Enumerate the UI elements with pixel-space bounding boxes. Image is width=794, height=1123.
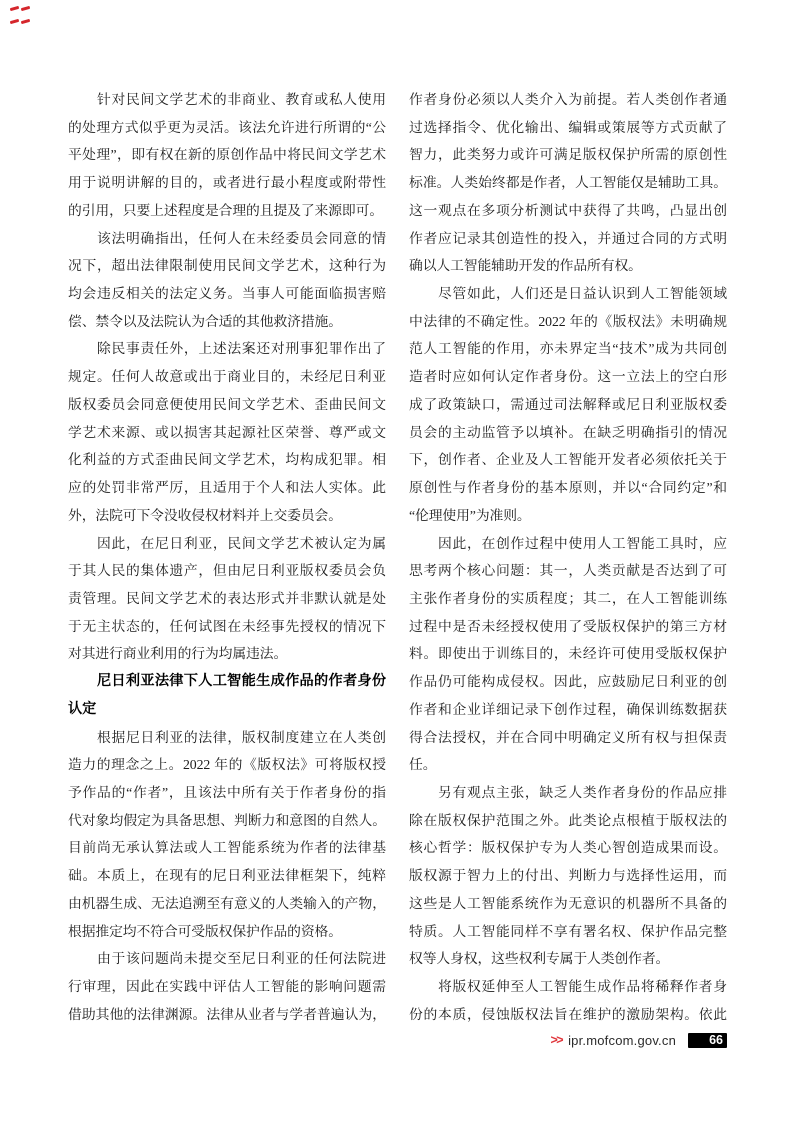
text-line: 针对民间文学艺术的非商业、教育或私人使用 [68, 86, 386, 114]
text-line: 作者身份必须以人类介入为前提。若人类创作者通 [409, 86, 727, 114]
page-number: 66 [709, 1034, 723, 1047]
text-line: 除在版权保护范围之外。此类论点根植于版权法的 [409, 807, 727, 835]
text-line: 由于该问题尚未提交至尼日利亚的任何法院进 [68, 945, 386, 973]
text-line: 偿、禁令以及法院认为合适的其他救济措施。 [68, 308, 386, 336]
text-line: 过程中是否未经授权使用了受版权保护的第三方材 [409, 613, 727, 641]
text-line: 础。本质上，在现有的尼日利亚法律框架下，纯粹 [68, 862, 386, 890]
text-line: 尽管如此，人们还是日益认识到人工智能领域 [409, 280, 727, 308]
text-line: 范人工智能的作用，亦未界定当“技术”成为共同创 [409, 335, 727, 363]
text-line: 的引用，只要上述程度是合理的且提及了来源即可。 [68, 197, 386, 225]
text-line: 确以人工智能辅助开发的作品所有权。 [409, 252, 727, 280]
text-line: 版权源于智力上的付出、判断力与选择性运用，而 [409, 862, 727, 890]
text-line: 作品仍可能构成侵权。因此，应鼓励尼日利亚的创 [409, 668, 727, 696]
text-line: 学艺术来源、或以损害其起源社区荣誉、尊严或文 [68, 419, 386, 447]
text-line: 根据推定均不符合可受版权保护作品的资格。 [68, 918, 386, 946]
text-line: 另有观点主张，缺乏人类作者身份的作品应排 [409, 779, 727, 807]
text-line: 份的本质，侵蚀版权法旨在维护的激励架构。依此 [409, 1001, 727, 1029]
text-line: 料。即使出于训练目的，未经许可使用受版权保护 [409, 640, 727, 668]
text-line: 这一观点在多项分析测试中获得了共鸣，凸显出创 [409, 197, 727, 225]
text-line: 员会的主动监管予以填补。在缺乏明确指引的情况 [409, 419, 727, 447]
text-line: 权等人身权，这些权利专属于人类创作者。 [409, 945, 727, 973]
text-line: 主张作者身份的实质程度；其二，在人工智能训练 [409, 585, 727, 613]
text-line: 行审理，因此在实践中评估人工智能的影响问题需 [68, 973, 386, 1001]
text-line: 于其人民的集体遗产，但由尼日利亚版权委员会负 [68, 557, 386, 585]
text-line: 规定。任何人故意或出于商业目的，未经尼日利亚 [68, 363, 386, 391]
text-line: 这些是人工智能系统作为无意识的机器所不具备的 [409, 890, 727, 918]
text-line: 过选择指令、优化输出、编辑或策展等方式贡献了 [409, 114, 727, 142]
text-line: 原创性与作者身份的基本原则，并以“合同约定”和 [409, 474, 727, 502]
text-line: 除民事责任外，上述法案还对刑事犯罪作出了 [68, 335, 386, 363]
page-number-badge: 66 [688, 1033, 727, 1048]
text-line: 对其进行商业利用的行为均属违法。 [68, 640, 386, 668]
footer-site-url: ipr.mofcom.gov.cn [568, 1033, 676, 1048]
footer: >> ipr.mofcom.gov.cn 66 [550, 1032, 727, 1049]
text-line: 核心哲学：版权保护专为人类心智创造成果而设。 [409, 834, 727, 862]
text-line: 特质。人工智能同样不享有署名权、保护作品完整 [409, 918, 727, 946]
footer-chevrons-icon: >> [550, 1034, 562, 1047]
text-line: 平处理”，即有权在新的原创作品中将民间文学艺术 [68, 141, 386, 169]
text-line: 智力，此类努力或许可满足版权保护所需的原创性 [409, 141, 727, 169]
text-line: 因此，在创作过程中使用人工智能工具时，应 [409, 530, 727, 558]
text-line: 的处理方式似乎更为灵活。该法允许进行所谓的“公 [68, 114, 386, 142]
text-line: 于无主状态的，任何试图在未经事先授权的情况下 [68, 613, 386, 641]
text-line: 代对象均假定为具备思想、判断力和意图的自然人。 [68, 807, 386, 835]
section-heading-line: 认定 [68, 696, 386, 724]
text-line: 版权委员会同意便使用民间文学艺术、歪曲民间文 [68, 391, 386, 419]
text-line: 标准。人类始终都是作者，人工智能仅是辅助工具。 [409, 169, 727, 197]
section-heading-line: 尼日利亚法律下人工智能生成作品的作者身份 [68, 668, 386, 696]
text-line: 造力的理念之上。2022 年的《版权法》可将版权授 [68, 751, 386, 779]
text-line: 目前尚无承认算法或人工智能系统为作者的法律基 [68, 834, 386, 862]
text-line: 作者应记录其创造性的投入，并通过合同的方式明 [409, 225, 727, 253]
text-line: 化利益的方式歪曲民间文学艺术，均构成犯罪。相 [68, 446, 386, 474]
text-line: 任。 [409, 751, 727, 779]
article-column-left: 针对民间文学艺术的非商业、教育或私人使用的处理方式似乎更为灵活。该法允许进行所谓… [68, 86, 386, 1028]
text-line: 思考两个核心问题：其一，人类贡献是否达到了可 [409, 557, 727, 585]
text-line: 下，创作者、企业及人工智能开发者必须依托关于 [409, 446, 727, 474]
document-page: 针对民间文学艺术的非商业、教育或私人使用的处理方式似乎更为灵活。该法允许进行所谓… [0, 0, 794, 1123]
text-line: 况下，超出法律限制使用民间文学艺术，这种行为 [68, 252, 386, 280]
text-line: 因此，在尼日利亚，民间文学艺术被认定为属 [68, 530, 386, 558]
text-line: “伦理使用”为准则。 [409, 502, 727, 530]
article-column-right: 作者身份必须以人类介入为前提。若人类创作者通过选择指令、优化输出、编辑或策展等方… [409, 86, 727, 1028]
text-line: 均会违反相关的法定义务。当事人可能面临损害赔 [68, 280, 386, 308]
text-line: 成了政策缺口，需通过司法解释或尼日利亚版权委 [409, 391, 727, 419]
text-line: 予作品的“作者”，且该法中所有关于作者身份的指 [68, 779, 386, 807]
text-line: 该法明确指出，任何人在未经委员会同意的情 [68, 225, 386, 253]
text-line: 得合法授权，并在合同中明确定义所有权与担保责 [409, 724, 727, 752]
text-line: 将版权延伸至人工智能生成作品将稀释作者身 [409, 973, 727, 1001]
text-line: 应的处罚非常严厉，且适用于个人和法人实体。此 [68, 474, 386, 502]
text-line: 借助其他的法律渊源。法律从业者与学者普遍认为， [68, 1001, 386, 1029]
text-line: 根据尼日利亚的法律，版权制度建立在人类创 [68, 724, 386, 752]
text-line: 责管理。民间文学艺术的表达形式并非默认就是处 [68, 585, 386, 613]
text-line: 中法律的不确定性。2022 年的《版权法》未明确规 [409, 308, 727, 336]
text-line: 用于说明讲解的目的，或者进行最小程度或附带性 [68, 169, 386, 197]
text-line: 由机器生成、无法追溯至有意义的人类输入的产物， [68, 890, 386, 918]
text-line: 外，法院可下令没收侵权材料并上交委员会。 [68, 502, 386, 530]
text-line: 造者时应如何认定作者身份。这一立法上的空白形 [409, 363, 727, 391]
text-line: 作者和企业详细记录下创作过程，确保训练数据获 [409, 696, 727, 724]
